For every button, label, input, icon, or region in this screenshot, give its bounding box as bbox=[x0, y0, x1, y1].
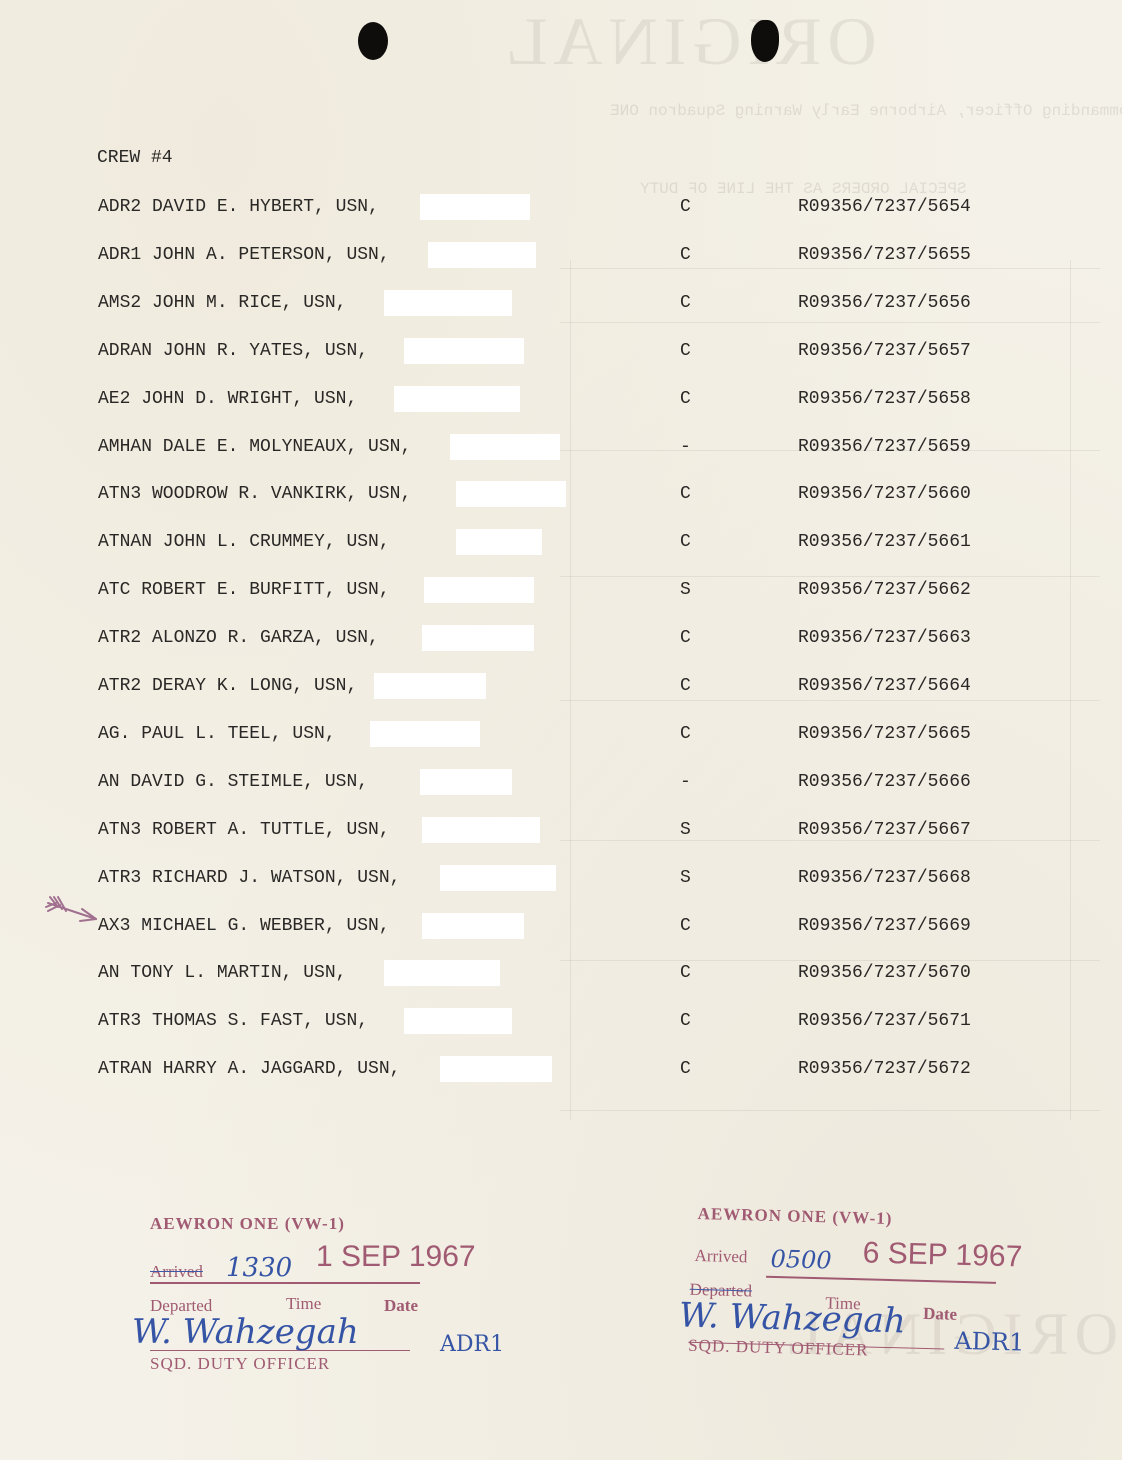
crew-order-code: R09356/7237/5654 bbox=[798, 197, 971, 217]
stamp-arrived-label: Arrived bbox=[694, 1246, 747, 1267]
crew-member-name: AN TONY L. MARTIN, USN, bbox=[98, 963, 346, 983]
crew-member-name: AE2 JOHN D. WRIGHT, USN, bbox=[98, 389, 357, 409]
stamp-date-label: Date bbox=[923, 1304, 957, 1325]
crew-row: ATC ROBERT E. BURFITT, USN, SR09356/7237… bbox=[0, 580, 1122, 610]
crew-member-name: ATN3 WOODROW R. VANKIRK, USN, bbox=[98, 484, 411, 504]
stamp-date: 1 SEP 1967 bbox=[316, 1240, 476, 1274]
crew-member-name: ATRAN HARRY A. JAGGARD, USN, bbox=[98, 1059, 400, 1079]
crew-header: CREW #4 bbox=[97, 148, 173, 168]
crew-member-name: ADR2 DAVID E. HYBERT, USN, bbox=[98, 197, 379, 217]
redaction-box bbox=[424, 577, 534, 603]
stamp-rule bbox=[150, 1282, 420, 1284]
signature: W. Wahzegah bbox=[678, 1296, 906, 1342]
crew-status: C bbox=[680, 484, 691, 504]
crew-status: S bbox=[680, 820, 691, 840]
redaction-box bbox=[404, 338, 524, 364]
crew-member-name: AX3 MICHAEL G. WEBBER, USN, bbox=[98, 916, 390, 936]
punch-hole bbox=[751, 20, 779, 62]
crew-member-name: ATR3 RICHARD J. WATSON, USN, bbox=[98, 868, 400, 888]
crew-order-code: R09356/7237/5656 bbox=[798, 293, 971, 313]
crew-status: C bbox=[680, 245, 691, 265]
crew-status: C bbox=[680, 916, 691, 936]
redaction-box bbox=[456, 481, 566, 507]
crew-member-name: ATC ROBERT E. BURFITT, USN, bbox=[98, 580, 390, 600]
bleed-through-line: Commanding Officer, Airborne Early Warni… bbox=[610, 102, 1122, 120]
crew-status: C bbox=[680, 628, 691, 648]
crew-order-code: R09356/7237/5663 bbox=[798, 628, 971, 648]
crew-order-code: R09356/7237/5661 bbox=[798, 532, 971, 552]
crew-order-code: R09356/7237/5666 bbox=[798, 772, 971, 792]
crew-member-name: ADR1 JOHN A. PETERSON, USN, bbox=[98, 245, 390, 265]
crew-member-name: ATR3 THOMAS S. FAST, USN, bbox=[98, 1011, 368, 1031]
crew-row: ATR2 ALONZO R. GARZA, USN, CR09356/7237/… bbox=[0, 628, 1122, 658]
crew-order-code: R09356/7237/5657 bbox=[798, 341, 971, 361]
crew-status: S bbox=[680, 868, 691, 888]
stamp-date-label: Date bbox=[384, 1296, 418, 1316]
crew-member-name: ATNAN JOHN L. CRUMMEY, USN, bbox=[98, 532, 390, 552]
crew-member-name: AMHAN DALE E. MOLYNEAUX, USN, bbox=[98, 437, 411, 457]
redaction-box bbox=[440, 865, 556, 891]
crew-order-code: R09356/7237/5655 bbox=[798, 245, 971, 265]
crew-row: ADRAN JOHN R. YATES, USN, CR09356/7237/5… bbox=[0, 341, 1122, 371]
crew-order-code: R09356/7237/5672 bbox=[798, 1059, 971, 1079]
redaction-box bbox=[422, 913, 524, 939]
signature: W. Wahzegah bbox=[132, 1312, 359, 1352]
crew-row: ATN3 WOODROW R. VANKIRK, USN, CR09356/72… bbox=[0, 484, 1122, 514]
arrow-annotation-icon bbox=[44, 893, 100, 925]
redaction-box bbox=[384, 960, 500, 986]
crew-row: ADR2 DAVID E. HYBERT, USN, CR09356/7237/… bbox=[0, 197, 1122, 227]
crew-member-name: AMS2 JOHN M. RICE, USN, bbox=[98, 293, 346, 313]
stamp-date: 6 SEP 1967 bbox=[862, 1236, 1022, 1274]
crew-status: C bbox=[680, 676, 691, 696]
crew-order-code: R09356/7237/5664 bbox=[798, 676, 971, 696]
redaction-box bbox=[420, 769, 512, 795]
crew-status: - bbox=[680, 437, 691, 457]
crew-row: ATR3 THOMAS S. FAST, USN, CR09356/7237/5… bbox=[0, 1011, 1122, 1041]
redaction-box bbox=[420, 194, 530, 220]
crew-status: C bbox=[680, 389, 691, 409]
crew-status: C bbox=[680, 963, 691, 983]
crew-row: AMHAN DALE E. MOLYNEAUX, USN, -R09356/72… bbox=[0, 437, 1122, 467]
crew-member-name: AG. PAUL L. TEEL, USN, bbox=[98, 724, 336, 744]
crew-row: ATRAN HARRY A. JAGGARD, USN, CR09356/723… bbox=[0, 1059, 1122, 1089]
stamp-arrived-label: Arrived bbox=[150, 1262, 203, 1282]
crew-order-code: R09356/7237/5659 bbox=[798, 437, 971, 457]
redaction-box bbox=[440, 1056, 552, 1082]
redaction-box bbox=[404, 1008, 512, 1034]
bleed-rule bbox=[560, 960, 1100, 961]
redaction-box bbox=[450, 434, 560, 460]
crew-row: ATN3 ROBERT A. TUTTLE, USN, SR09356/7237… bbox=[0, 820, 1122, 850]
crew-order-code: R09356/7237/5660 bbox=[798, 484, 971, 504]
crew-row: AX3 MICHAEL G. WEBBER, USN, CR09356/7237… bbox=[0, 916, 1122, 946]
crew-member-name: ADRAN JOHN R. YATES, USN, bbox=[98, 341, 368, 361]
redaction-box bbox=[422, 817, 540, 843]
crew-order-code: R09356/7237/5669 bbox=[798, 916, 971, 936]
bleed-through-title: ORIGINAL bbox=[500, 2, 877, 81]
crew-row: AMS2 JOHN M. RICE, USN, CR09356/7237/565… bbox=[0, 293, 1122, 323]
redaction-box bbox=[370, 721, 480, 747]
crew-row: AE2 JOHN D. WRIGHT, USN, CR09356/7237/56… bbox=[0, 389, 1122, 419]
redaction-box bbox=[394, 386, 520, 412]
crew-row: ADR1 JOHN A. PETERSON, USN, CR09356/7237… bbox=[0, 245, 1122, 275]
crew-status: C bbox=[680, 532, 691, 552]
stamp-officer-label: SQD. DUTY OFFICER bbox=[150, 1354, 330, 1374]
crew-row: ATR2 DERAY K. LONG, USN, CR09356/7237/56… bbox=[0, 676, 1122, 706]
crew-member-name: ATR2 DERAY K. LONG, USN, bbox=[98, 676, 357, 696]
crew-status: C bbox=[680, 197, 691, 217]
crew-order-code: R09356/7237/5671 bbox=[798, 1011, 971, 1031]
crew-order-code: R09356/7237/5662 bbox=[798, 580, 971, 600]
crew-status: C bbox=[680, 724, 691, 744]
crew-status: C bbox=[680, 341, 691, 361]
crew-member-name: AN DAVID G. STEIMLE, USN, bbox=[98, 772, 368, 792]
stamp-time-label: Time bbox=[286, 1294, 321, 1314]
crew-order-code: R09356/7237/5667 bbox=[798, 820, 971, 840]
redaction-box bbox=[422, 625, 534, 651]
crew-row: AN TONY L. MARTIN, USN, CR09356/7237/567… bbox=[0, 963, 1122, 993]
crew-row: ATR3 RICHARD J. WATSON, USN, SR09356/723… bbox=[0, 868, 1122, 898]
signature-rate: ADR1 bbox=[954, 1327, 1025, 1357]
crew-row: ATNAN JOHN L. CRUMMEY, USN, CR09356/7237… bbox=[0, 532, 1122, 562]
redaction-box bbox=[428, 242, 536, 268]
crew-status: - bbox=[680, 772, 691, 792]
punch-hole bbox=[358, 22, 388, 60]
bleed-rule bbox=[560, 1110, 1100, 1111]
redaction-box bbox=[374, 673, 486, 699]
bleed-rule bbox=[560, 576, 1100, 577]
crew-member-name: ATN3 ROBERT A. TUTTLE, USN, bbox=[98, 820, 390, 840]
crew-order-code: R09356/7237/5668 bbox=[798, 868, 971, 888]
crew-status: C bbox=[680, 1059, 691, 1079]
crew-status: C bbox=[680, 293, 691, 313]
handwritten-time: 0500 bbox=[770, 1245, 832, 1275]
crew-status: C bbox=[680, 1011, 691, 1031]
crew-order-code: R09356/7237/5670 bbox=[798, 963, 971, 983]
crew-status: S bbox=[680, 580, 691, 600]
bleed-through-line: SPECIAL ORDERS AS THE LINE OF DUTY bbox=[640, 180, 966, 198]
redaction-box bbox=[456, 529, 542, 555]
crew-row: AG. PAUL L. TEEL, USN, CR09356/7237/5665 bbox=[0, 724, 1122, 754]
crew-order-code: R09356/7237/5665 bbox=[798, 724, 971, 744]
signature-rate: ADR1 bbox=[440, 1332, 504, 1357]
crew-member-name: ATR2 ALONZO R. GARZA, USN, bbox=[98, 628, 379, 648]
crew-order-code: R09356/7237/5658 bbox=[798, 389, 971, 409]
stamp-unit: AEWRON ONE (VW-1) bbox=[150, 1214, 345, 1234]
handwritten-time: 1330 bbox=[226, 1253, 292, 1283]
crew-row: AN DAVID G. STEIMLE, USN, -R09356/7237/5… bbox=[0, 772, 1122, 802]
redaction-box bbox=[384, 290, 512, 316]
